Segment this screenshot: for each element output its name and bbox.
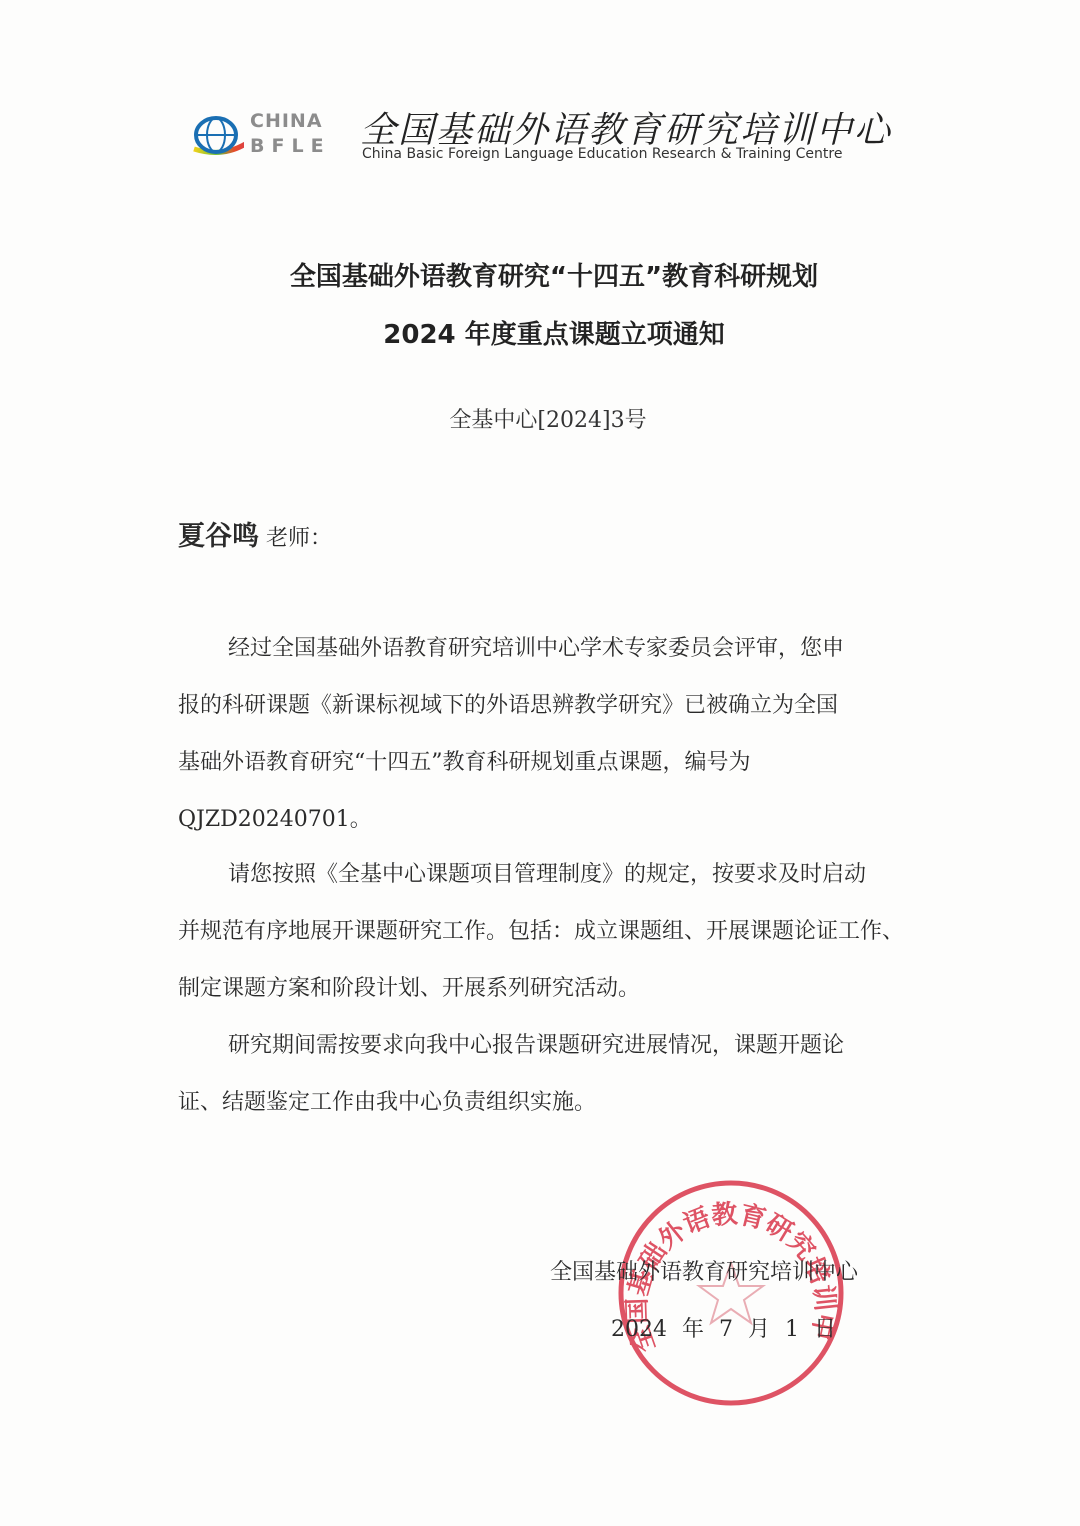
signature-organization: 全国基础外语教育研究培训中心 [550, 1255, 858, 1286]
paragraph-line: 制定课题方案和阶段计划、开展系列研究活动。 [178, 960, 938, 1017]
logo-bfle: BFLE [250, 135, 331, 157]
paragraph-1: 经过全国基础外语教育研究培训中心学术专家委员会评审，您申 报的科研课题《新课标视… [178, 620, 938, 848]
salutation-suffix: 老师： [259, 526, 332, 551]
paragraph-line: 报的科研课题《新课标视域下的外语思辨教学研究》已被确立为全国 [178, 677, 938, 734]
paragraph-line: 基础外语教育研究“十四五”教育科研规划重点课题，编号为 [178, 734, 938, 791]
salutation: 夏谷鸣 老师： [178, 514, 332, 553]
recipient-name: 夏谷鸣 [178, 521, 259, 552]
paragraph-line: 请您按照《全基中心课题项目管理制度》的规定，按要求及时启动 [178, 846, 938, 903]
document-title-line1: 全国基础外语教育研究“十四五”教育科研规划 [0, 256, 1080, 293]
paragraph-line: 并规范有序地展开课题研究工作。包括：成立课题组、开展课题论证工作、 [178, 903, 938, 960]
document-number: 全基中心[2024]3号 [0, 403, 1080, 434]
official-seal-icon: 全国基础外语教育研究培训中心 [616, 1178, 846, 1408]
paragraph-line: 研究期间需按要求向我中心报告课题研究进展情况，课题开题论 [178, 1017, 938, 1074]
logo-china: CHINA [250, 110, 323, 132]
paragraph-2: 请您按照《全基中心课题项目管理制度》的规定，按要求及时启动 并规范有序地展开课题… [178, 846, 938, 1017]
paragraph-3: 研究期间需按要求向我中心报告课题研究进展情况，课题开题论 证、结题鉴定工作由我中… [178, 1017, 938, 1131]
signature-date: 2024 年 7 月 1 日 [611, 1312, 836, 1343]
logo: CHINA BFLE [182, 105, 342, 165]
paragraph-line: 经过全国基础外语教育研究培训中心学术专家委员会评审，您申 [178, 620, 938, 677]
paragraph-line: QJZD20240701。 [178, 791, 938, 848]
globe-logo-icon [192, 113, 244, 159]
org-name-en: China Basic Foreign Language Education R… [362, 146, 842, 162]
paragraph-line: 证、结题鉴定工作由我中心负责组织实施。 [178, 1074, 938, 1131]
document-title-line2: 2024 年度重点课题立项通知 [0, 314, 1080, 351]
